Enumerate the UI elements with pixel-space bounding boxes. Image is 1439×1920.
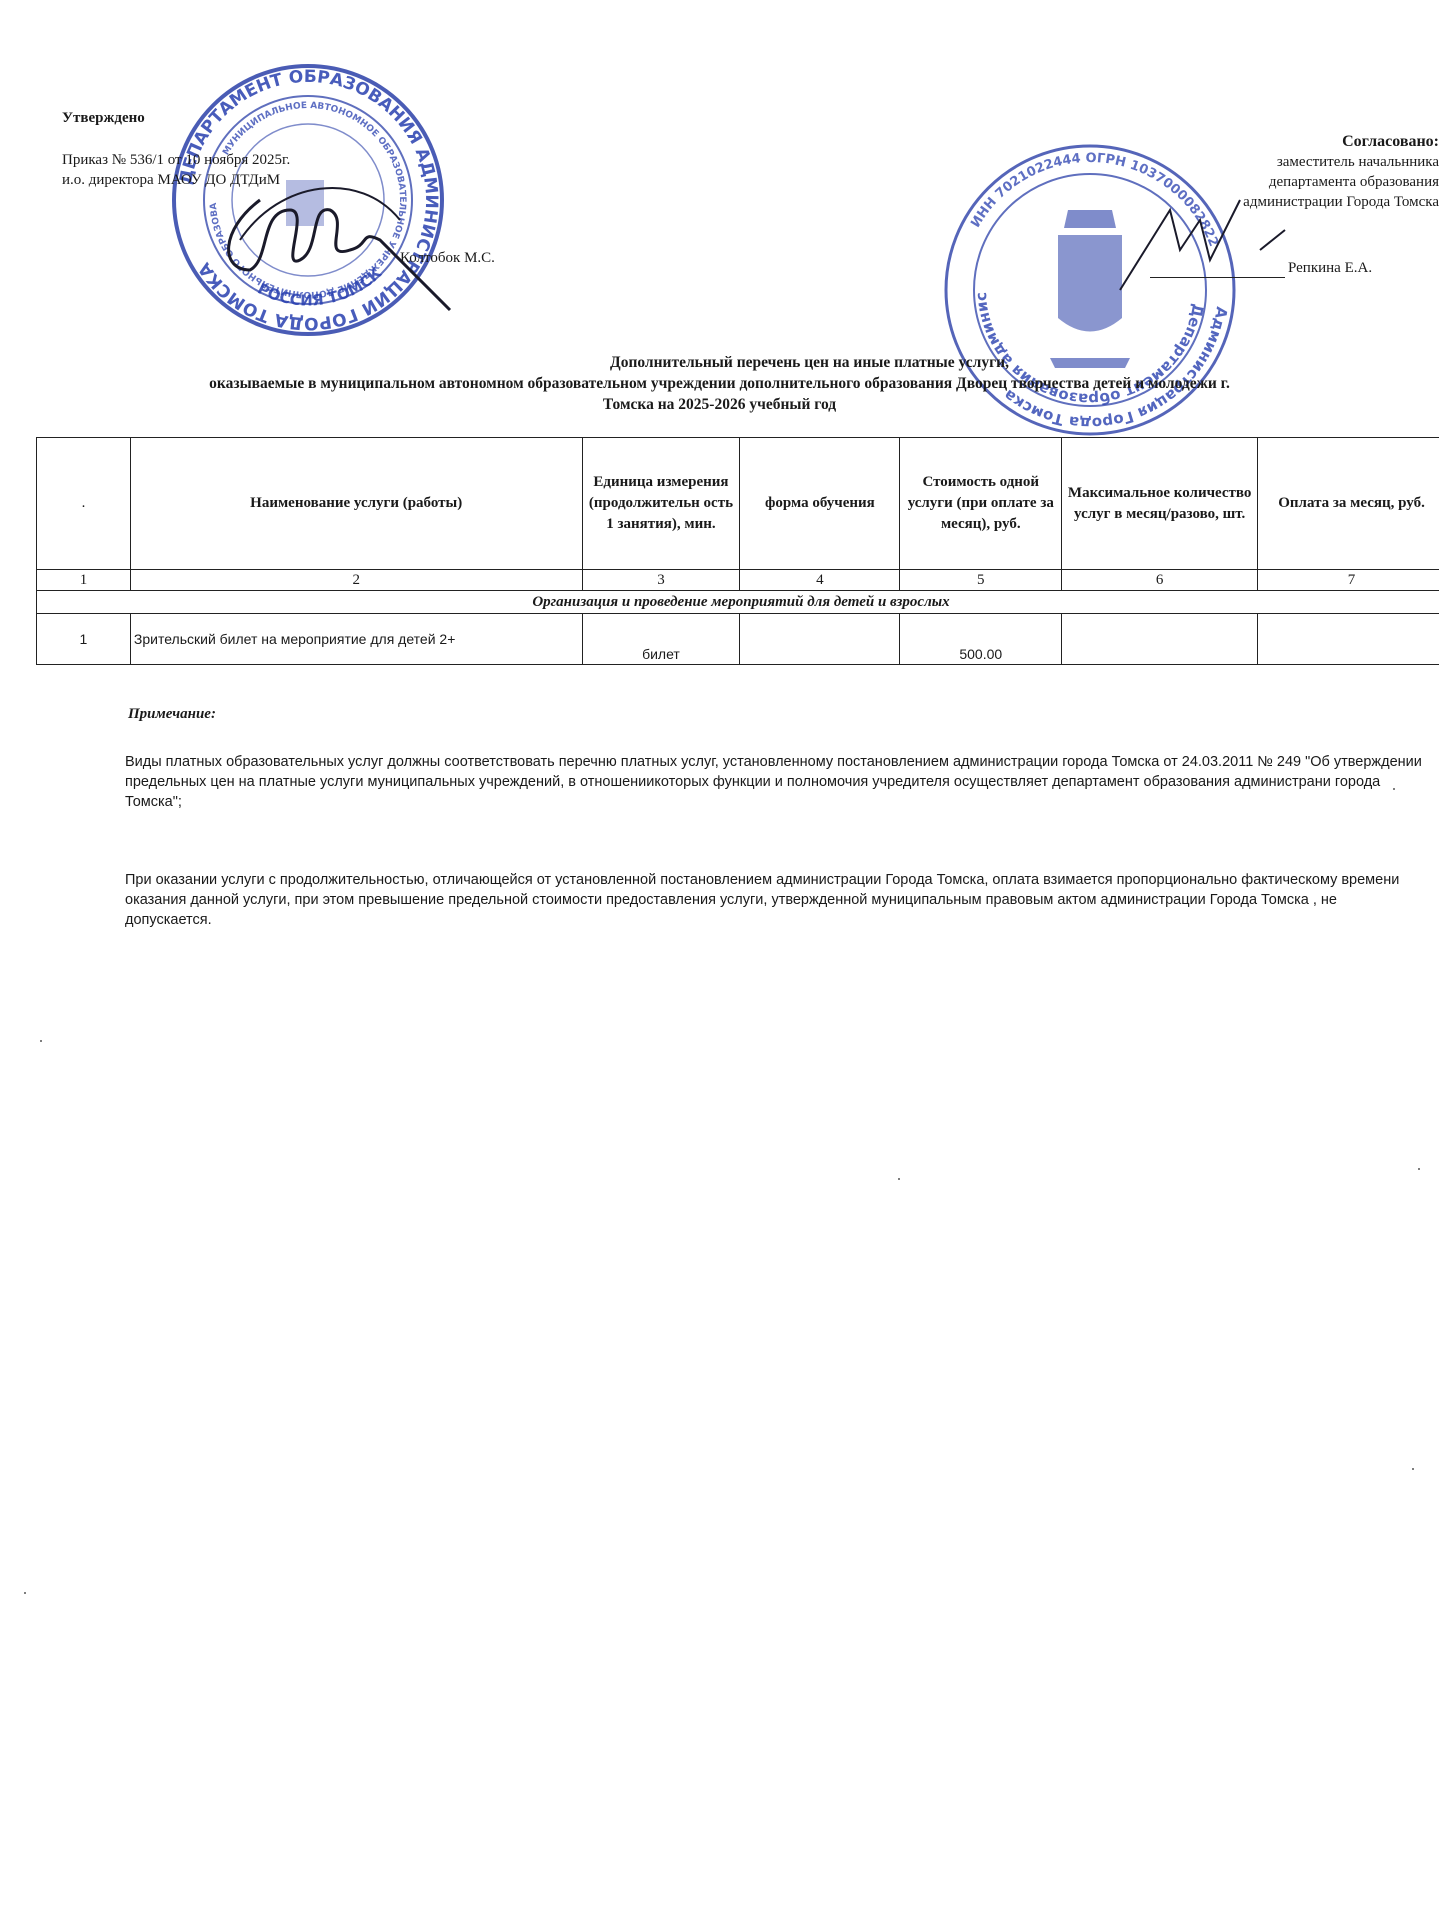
- col-num: 2: [130, 570, 582, 591]
- header-index: .: [37, 438, 131, 570]
- note-paragraph-2: При оказании услуги с продолжительностью…: [125, 870, 1425, 930]
- row-form: [740, 614, 900, 665]
- section-row: Организация и проведение мероприятий для…: [37, 591, 1439, 614]
- title-line-1: Дополнительный перечень цен на иные плат…: [0, 352, 1439, 373]
- row-max-qty: [1062, 614, 1258, 665]
- table-header-row: . Наименование услуги (работы) Единица и…: [37, 438, 1439, 570]
- col-num: 5: [900, 570, 1062, 591]
- document-title: Дополнительный перечень цен на иные плат…: [0, 352, 1439, 415]
- crown-icon: [1064, 210, 1116, 228]
- header-form: форма обучения: [740, 438, 900, 570]
- scan-speck: [898, 1178, 900, 1180]
- agreed-line-2: департамента образования: [1243, 172, 1439, 192]
- row-price: 500.00: [900, 614, 1062, 665]
- col-num: 1: [37, 570, 131, 591]
- scan-speck: [1393, 788, 1395, 790]
- row-unit: билет: [582, 614, 740, 665]
- agreed-line-3: администрации Города Томска: [1243, 192, 1439, 212]
- header-price: Стоимость одной услуги (при оплате за ме…: [900, 438, 1062, 570]
- table-row: 1 Зрительский билет на мероприятие для д…: [37, 614, 1439, 665]
- header-unit: Единица измерения (продолжительн ость 1 …: [582, 438, 740, 570]
- row-monthly: [1258, 614, 1439, 665]
- order-line: Приказ № 536/1 от 10 ноября 2025г.: [62, 150, 290, 170]
- agreed-label: Согласовано:: [1243, 132, 1439, 152]
- column-number-row: 1 2 3 4 5 6 7: [37, 570, 1439, 591]
- notes-title: Примечание:: [128, 706, 216, 723]
- header-monthly: Оплата за месяц, руб.: [1258, 438, 1439, 570]
- scan-speck: [24, 1592, 26, 1594]
- price-table: . Наименование услуги (работы) Единица и…: [36, 437, 1439, 665]
- agreed-line-1: заместитель начальнника: [1243, 152, 1439, 172]
- approver-signatory: Колтобок М.С.: [400, 250, 495, 267]
- scan-speck: [40, 1040, 42, 1042]
- row-num: 1: [37, 614, 131, 665]
- scan-speck: [1418, 1168, 1420, 1170]
- signature-line: [1150, 277, 1285, 278]
- section-title: Организация и проведение мероприятий для…: [37, 591, 1439, 614]
- approver-position: и.о. директора МАОУ ДО ДТДиМ: [62, 170, 290, 190]
- title-line-3: Томска на 2025-2026 учебный год: [0, 394, 1439, 415]
- col-num: 7: [1258, 570, 1439, 591]
- title-line-2: оказываемые в муниципальном автономном о…: [0, 373, 1439, 394]
- scan-speck: [1412, 1468, 1414, 1470]
- approved-block: Утверждено Приказ № 536/1 от 10 ноября 2…: [62, 108, 290, 190]
- agreed-block: Согласовано: заместитель начальнника деп…: [1243, 132, 1439, 212]
- agreed-signatory: Репкина Е.А.: [1288, 260, 1372, 277]
- col-num: 3: [582, 570, 740, 591]
- col-num: 4: [740, 570, 900, 591]
- col-num: 6: [1062, 570, 1258, 591]
- header-service-name: Наименование услуги (работы): [130, 438, 582, 570]
- note-paragraph-1: Виды платных образовательных услуг должн…: [125, 752, 1425, 812]
- row-service-name: Зрительский билет на мероприятие для дет…: [130, 614, 582, 665]
- header-max-qty: Максимальное количество услуг в месяц/ра…: [1062, 438, 1258, 570]
- approved-label: Утверждено: [62, 108, 290, 128]
